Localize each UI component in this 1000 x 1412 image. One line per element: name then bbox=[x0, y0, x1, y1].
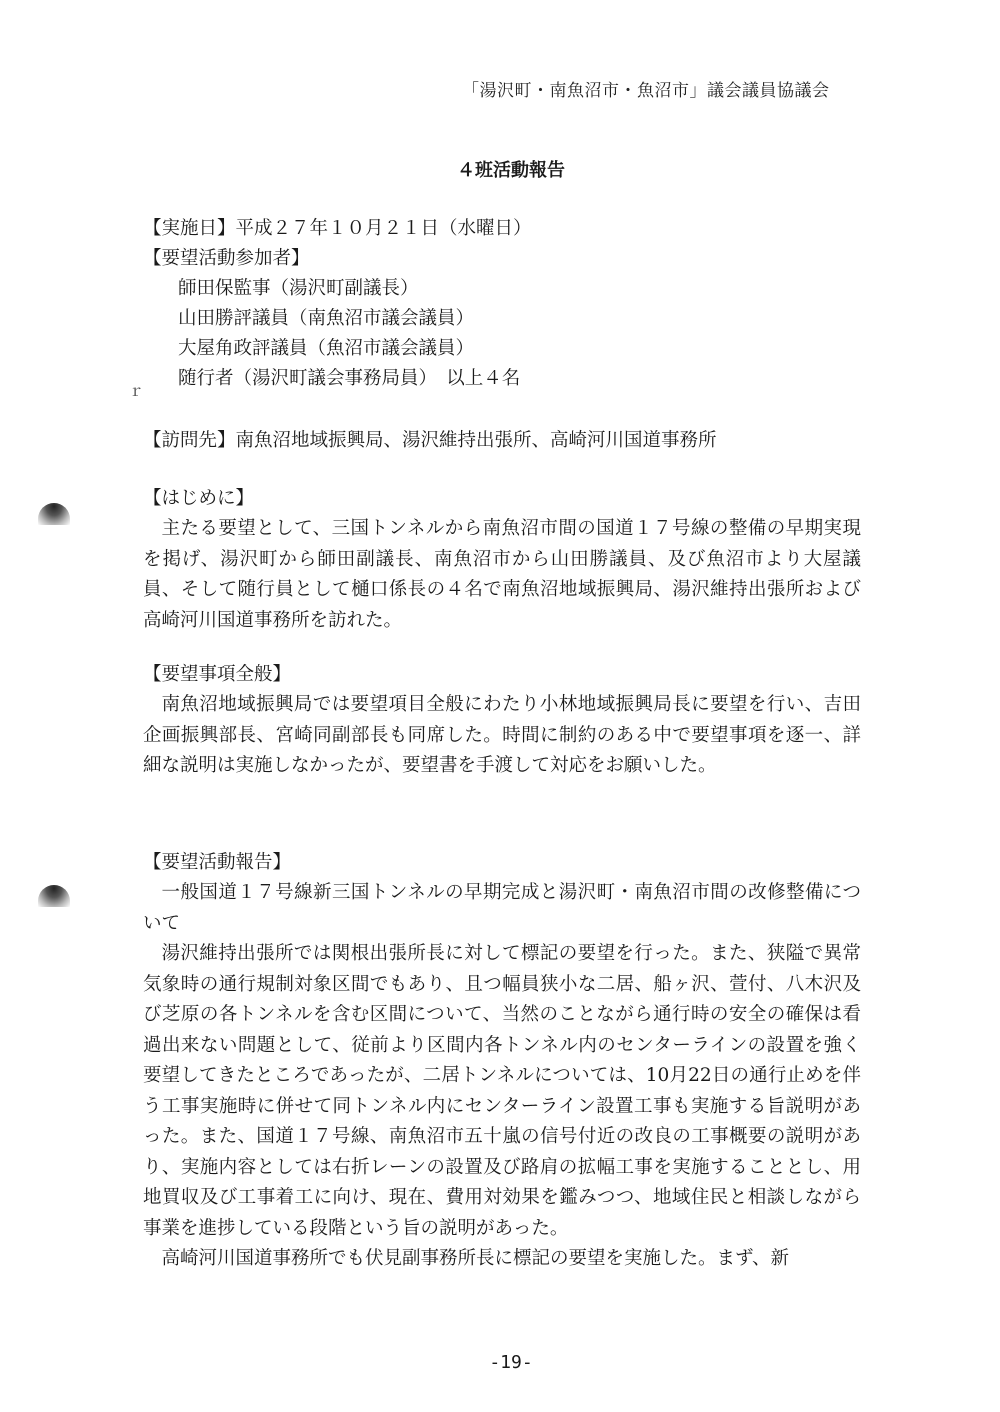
page-number: -19- bbox=[0, 1352, 1000, 1373]
document-page: ｒ 「湯沢町・南魚沼市・魚沼市」議会議員協議会 ４班活動報告 【実施日】平成２７… bbox=[0, 0, 1000, 1412]
activity-report-subject: 一般国道１７号線新三国トンネルの早期完成と湯沢町・南魚沼市間の改修整備について bbox=[143, 878, 861, 939]
introduction-heading: 【はじめに】 bbox=[143, 484, 254, 514]
participant-item: 山田勝評議員（南魚沼市議会議員） bbox=[178, 304, 474, 334]
report-title: ４班活動報告 bbox=[0, 156, 1000, 182]
participants-heading: 【要望活動参加者】 bbox=[143, 244, 310, 274]
participant-item: 大屋角政評議員（魚沼市議会議員） bbox=[178, 334, 474, 364]
activity-report-section: 一般国道１７号線新三国トンネルの早期完成と湯沢町・南魚沼市間の改修整備について … bbox=[143, 878, 861, 1275]
scan-mark: ｒ bbox=[128, 378, 144, 401]
punch-hole-top bbox=[38, 503, 70, 525]
participant-item: 師田保監事（湯沢町副議長） bbox=[178, 274, 419, 304]
activity-report-paragraph: 高崎河川国道事務所でも伏見副事務所長に標記の要望を実施した。まず、新 bbox=[143, 1244, 861, 1275]
introduction-body: 主たる要望として、三国トンネルから南魚沼市間の国道１７号線の整備の早期実現を掲げ… bbox=[143, 514, 861, 636]
general-requests-heading: 【要望事項全般】 bbox=[143, 660, 291, 690]
organization-header: 「湯沢町・南魚沼市・魚沼市」議会議員協議会 bbox=[462, 76, 830, 101]
general-requests-body: 南魚沼地域振興局では要望項目全般にわたり小林地域振興局長に要望を行い、吉田企画振… bbox=[143, 690, 861, 782]
punch-hole-bottom bbox=[38, 885, 70, 907]
participant-item: 随行者（湯沢町議会事務局員） 以上４名 bbox=[178, 364, 520, 394]
general-requests-section: 南魚沼地域振興局では要望項目全般にわたり小林地域振興局長に要望を行い、吉田企画振… bbox=[143, 690, 861, 782]
visit-destinations: 【訪問先】南魚沼地域振興局、湯沢維持出張所、高崎河川国道事務所 bbox=[143, 426, 717, 456]
activity-report-heading: 【要望活動報告】 bbox=[143, 848, 291, 878]
implementation-date: 【実施日】平成２７年１０月２１日（水曜日） bbox=[143, 214, 532, 244]
introduction-section: 主たる要望として、三国トンネルから南魚沼市間の国道１７号線の整備の早期実現を掲げ… bbox=[143, 514, 861, 636]
activity-report-paragraph: 湯沢維持出張所では関根出張所長に対して標記の要望を行った。また、狭隘で異常気象時… bbox=[143, 939, 861, 1244]
